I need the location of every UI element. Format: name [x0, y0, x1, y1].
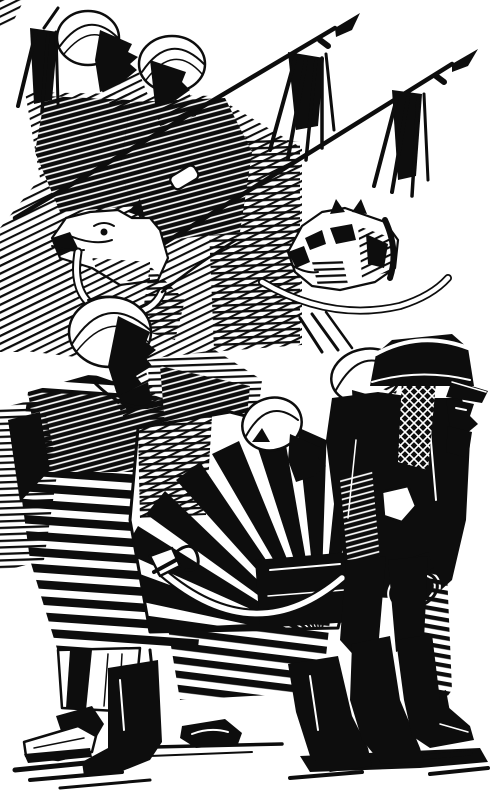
illustration-page	[0, 0, 490, 800]
hatch-corner	[0, 0, 24, 26]
background-caravan	[0, 0, 478, 362]
shoe-front	[24, 726, 96, 763]
ink-illustration	[0, 0, 490, 800]
officer-face	[446, 398, 478, 458]
officer	[326, 334, 488, 764]
dropped-shoe	[180, 719, 242, 748]
tassel-top-left	[18, 8, 58, 112]
